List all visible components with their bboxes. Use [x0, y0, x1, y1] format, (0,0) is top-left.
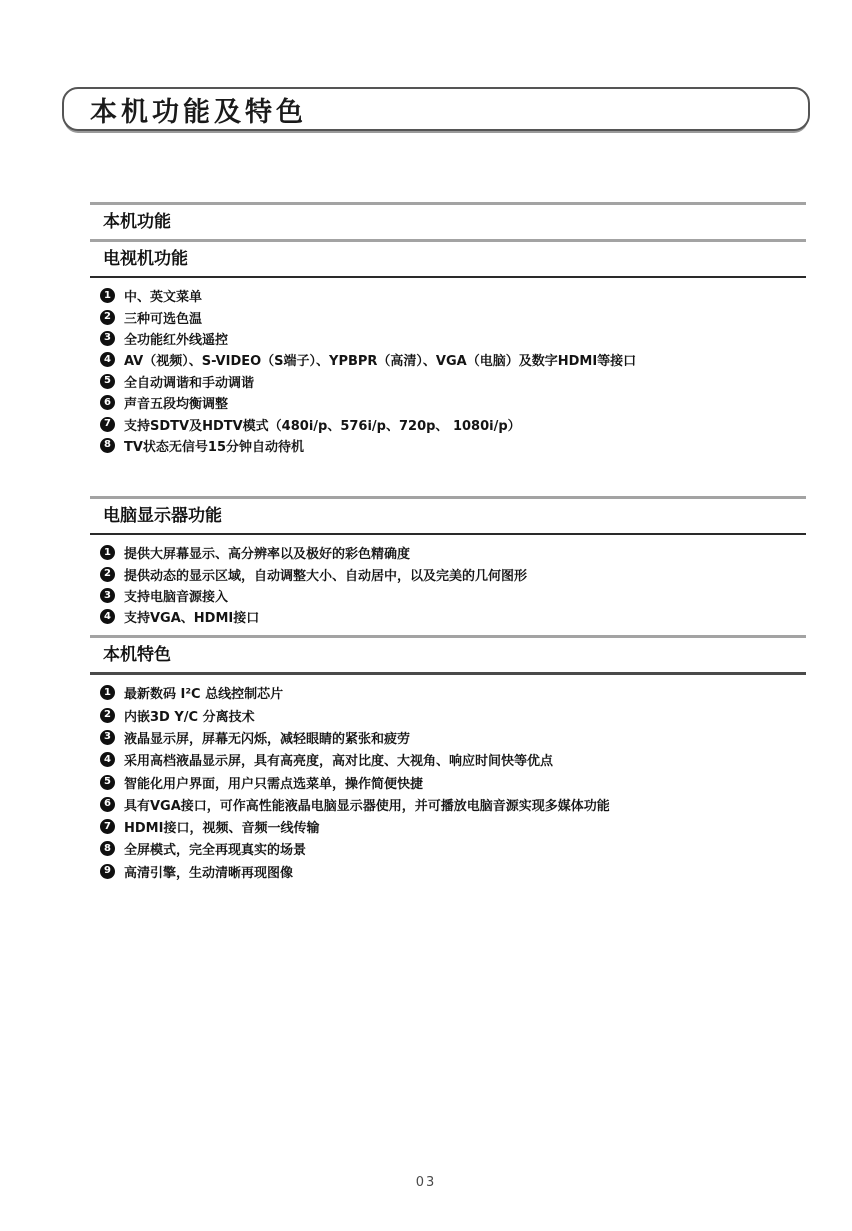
- list-item: 5 全自动调谐和手动调谐: [100, 371, 806, 392]
- spacer: [90, 456, 806, 496]
- list-item-text: HDMI接口，视频、音频一线传输: [124, 817, 319, 836]
- list-item-text: 具有VGA接口，可作高性能液晶电脑显示器使用，并可播放电脑音源实现多媒体功能: [124, 795, 610, 814]
- numbered-bullet-icon: 7: [100, 819, 115, 834]
- list-item: 8 全屏模式，完全再现真实的场景: [100, 838, 806, 860]
- section-heading-pc: 电脑显示器功能: [90, 499, 806, 533]
- list-item: 8 TV状态无信号15分钟自动待机: [100, 435, 806, 456]
- page-number: 03: [0, 1175, 852, 1190]
- list-item: 9 高清引擎，生动清晰再现图像: [100, 860, 806, 882]
- list-item: 1 提供大屏幕显示、高分辨率以及极好的彩色精确度: [100, 542, 806, 563]
- numbered-bullet-icon: 1: [100, 685, 115, 700]
- list-item-text: 全屏模式，完全再现真实的场景: [124, 839, 306, 858]
- list-item-text: 最新数码 I²C 总线控制芯片: [124, 683, 283, 702]
- list-item-text: 三种可选色温: [124, 308, 202, 327]
- list-item-text: 液晶显示屏，屏幕无闪烁，减轻眼睛的紧张和疲劳: [124, 728, 410, 747]
- page-title-banner: 本机功能及特色: [62, 87, 810, 131]
- list-item-text: TV状态无信号15分钟自动待机: [124, 436, 304, 455]
- numbered-bullet-icon: 3: [100, 730, 115, 745]
- numbered-bullet-icon: 4: [100, 752, 115, 767]
- device-feature-list: 1 最新数码 I²C 总线控制芯片 2 内嵌3D Y/C 分离技术 3 液晶显示…: [90, 675, 806, 883]
- list-item: 1 中、英文菜单: [100, 285, 806, 306]
- list-item: 2 内嵌3D Y/C 分离技术: [100, 704, 806, 726]
- list-item: 4 采用高档液晶显示屏，具有高亮度，高对比度、大视角、响应时间快等优点: [100, 749, 806, 771]
- list-item-text: 内嵌3D Y/C 分离技术: [124, 706, 255, 725]
- list-item: 3 液晶显示屏，屏幕无闪烁，减轻眼睛的紧张和疲劳: [100, 726, 806, 748]
- numbered-bullet-icon: 8: [100, 438, 115, 453]
- list-item-text: 智能化用户界面，用户只需点选菜单，操作简便快捷: [124, 773, 423, 792]
- list-item-text: 高清引擎，生动清晰再现图像: [124, 862, 293, 881]
- numbered-bullet-icon: 5: [100, 775, 115, 790]
- numbered-bullet-icon: 4: [100, 352, 115, 367]
- list-item: 4 支持VGA、HDMI接口: [100, 606, 806, 627]
- list-item: 6 具有VGA接口，可作高性能液晶电脑显示器使用，并可播放电脑音源实现多媒体功能: [100, 793, 806, 815]
- list-item: 1 最新数码 I²C 总线控制芯片: [100, 682, 806, 704]
- list-item: 6 声音五段均衡调整: [100, 392, 806, 413]
- numbered-bullet-icon: 4: [100, 609, 115, 624]
- section-heading-tv: 电视机功能: [90, 242, 806, 276]
- numbered-bullet-icon: 8: [100, 841, 115, 856]
- numbered-bullet-icon: 5: [100, 374, 115, 389]
- list-item-text: 采用高档液晶显示屏，具有高亮度，高对比度、大视角、响应时间快等优点: [124, 750, 553, 769]
- list-item: 3 全功能红外线遥控: [100, 328, 806, 349]
- tv-feature-list: 1 中、英文菜单 2 三种可选色温 3 全功能红外线遥控 4 AV（视频）、S-…: [90, 278, 806, 456]
- list-item-text: 全功能红外线遥控: [124, 329, 228, 348]
- numbered-bullet-icon: 2: [100, 567, 115, 582]
- numbered-bullet-icon: 6: [100, 395, 115, 410]
- list-item: 4 AV（视频）、S-VIDEO（S端子）、YPBPR（高清）、VGA（电脑）及…: [100, 349, 806, 370]
- section-heading-features: 本机特色: [90, 638, 806, 672]
- numbered-bullet-icon: 6: [100, 797, 115, 812]
- list-item-text: 全自动调谐和手动调谐: [124, 372, 254, 391]
- list-item-text: 支持电脑音源接入: [124, 586, 228, 605]
- list-item-text: 中、英文菜单: [124, 286, 202, 305]
- list-item: 5 智能化用户界面，用户只需点选菜单，操作简便快捷: [100, 771, 806, 793]
- page-title: 本机功能及特色: [90, 90, 307, 129]
- numbered-bullet-icon: 3: [100, 588, 115, 603]
- list-item-text: 提供动态的显示区域，自动调整大小、自动居中，以及完美的几何图形: [124, 565, 527, 584]
- list-item-text: 支持VGA、HDMI接口: [124, 607, 259, 626]
- numbered-bullet-icon: 9: [100, 864, 115, 879]
- list-item-text: 支持SDTV及HDTV模式（480i/p、576i/p、720p、 1080i/…: [124, 415, 521, 434]
- list-item-text: 提供大屏幕显示、高分辨率以及极好的彩色精确度: [124, 543, 410, 562]
- list-item-text: 声音五段均衡调整: [124, 393, 228, 412]
- list-item: 7 支持SDTV及HDTV模式（480i/p、576i/p、720p、 1080…: [100, 413, 806, 434]
- manual-page: 本机功能及特色 本机功能 电视机功能 1 中、英文菜单 2 三种可选色温 3 全…: [0, 0, 852, 1231]
- page-content: 本机功能 电视机功能 1 中、英文菜单 2 三种可选色温 3 全功能红外线遥控 …: [90, 202, 806, 882]
- numbered-bullet-icon: 7: [100, 417, 115, 432]
- list-item: 2 三种可选色温: [100, 306, 806, 327]
- numbered-bullet-icon: 2: [100, 708, 115, 723]
- numbered-bullet-icon: 2: [100, 310, 115, 325]
- numbered-bullet-icon: 1: [100, 545, 115, 560]
- list-item: 7 HDMI接口，视频、音频一线传输: [100, 815, 806, 837]
- numbered-bullet-icon: 1: [100, 288, 115, 303]
- list-item: 3 支持电脑音源接入: [100, 585, 806, 606]
- list-item-text: AV（视频）、S-VIDEO（S端子）、YPBPR（高清）、VGA（电脑）及数字…: [124, 350, 636, 369]
- section-heading-main: 本机功能: [90, 205, 806, 239]
- numbered-bullet-icon: 3: [100, 331, 115, 346]
- spacer: [90, 628, 806, 635]
- list-item: 2 提供动态的显示区域，自动调整大小、自动居中，以及完美的几何图形: [100, 564, 806, 585]
- pc-feature-list: 1 提供大屏幕显示、高分辨率以及极好的彩色精确度 2 提供动态的显示区域，自动调…: [90, 535, 806, 628]
